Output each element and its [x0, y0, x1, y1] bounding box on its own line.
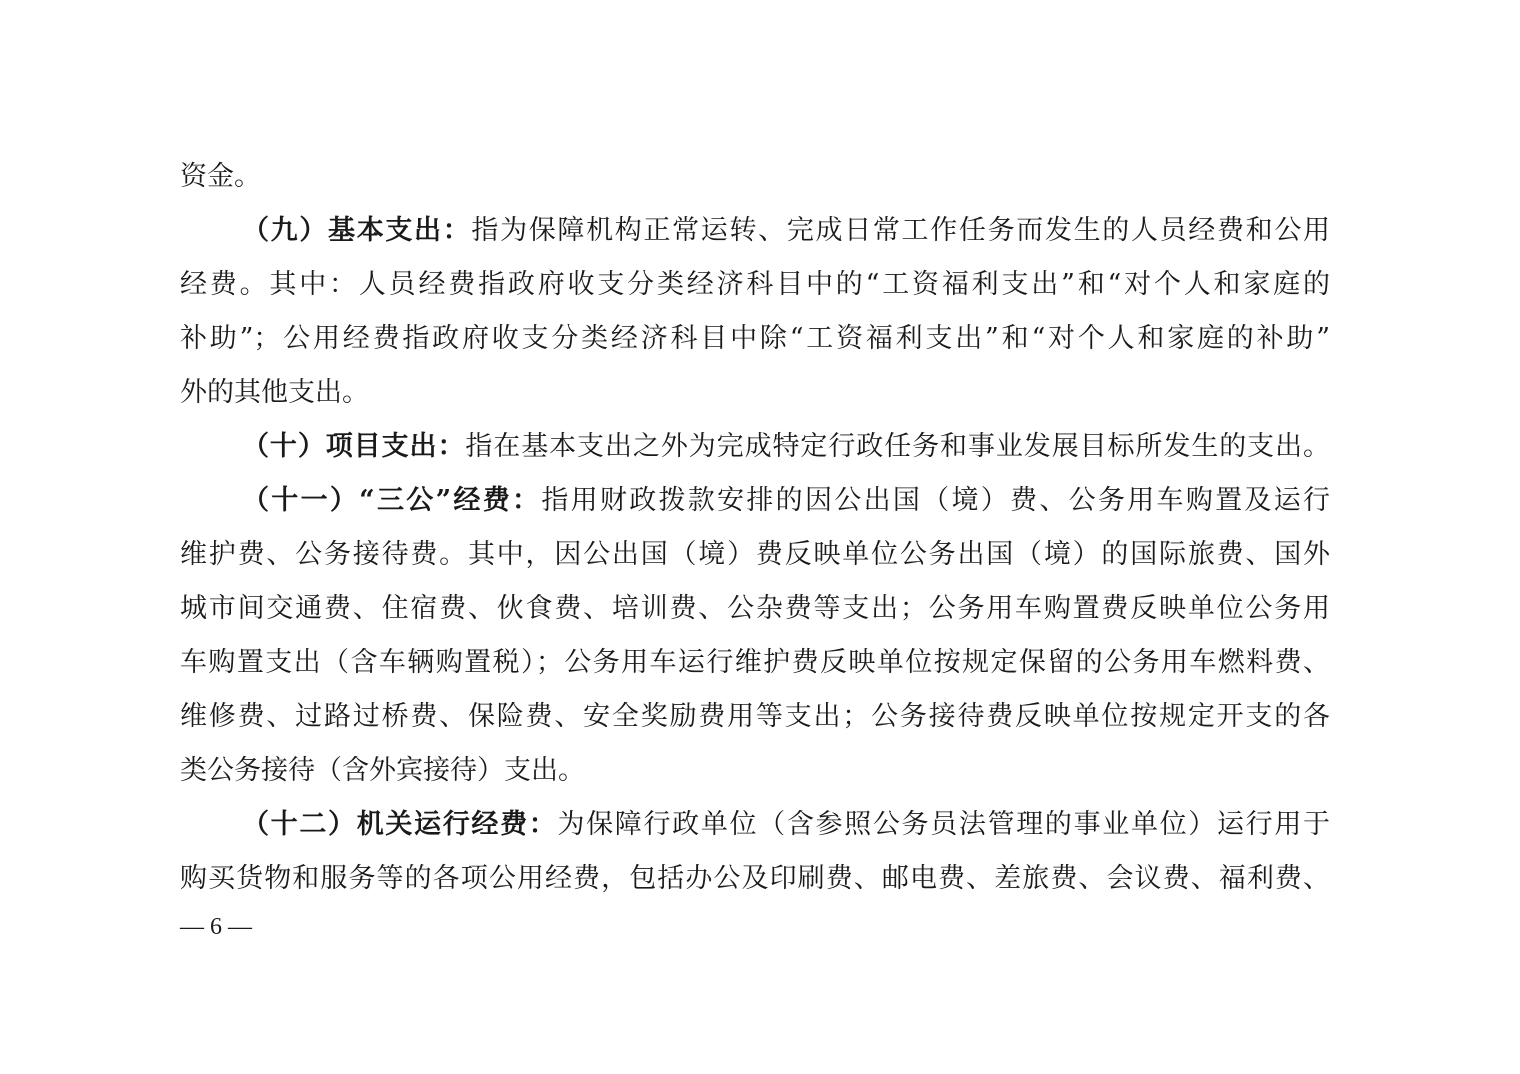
- paragraph-line: 车购置支出（含车辆购置税）；公务用车运行维护费反映单位按规定保留的公务用车燃料费…: [180, 636, 1330, 690]
- page-number: — 6 —: [180, 912, 252, 942]
- paragraph-line: 类公务接待（含外宾接待）支出。: [180, 744, 585, 798]
- section-heading: （九）基本支出：: [242, 215, 471, 246]
- paragraph-line: 购买货物和服务等的各项公用经费，包括办公及印刷费、邮电费、差旅费、会议费、福利费…: [180, 852, 1330, 906]
- line-text: 为保障行政单位（含参照公务员法管理的事业单位）运行用于: [557, 809, 1330, 840]
- section-heading: （十）项目支出：: [242, 431, 465, 462]
- line-text: 维护费、公务接待费。其中，因公出国（境）费反映单位公务出国（境）的国际旅费、国外: [180, 539, 1330, 570]
- line-text: 资金。: [180, 161, 261, 192]
- paragraph-line: 维护费、公务接待费。其中，因公出国（境）费反映单位公务出国（境）的国际旅费、国外: [180, 528, 1330, 582]
- line-text: 指用财政拨款安排的因公出国（境）费、公务用车购置及运行: [541, 485, 1330, 516]
- line-text: 类公务接待（含外宾接待）支出。: [180, 755, 585, 786]
- line-text: 经费。其中：人员经费指政府收支分类经济科目中的“工资福利支出”和“对个人和家庭的: [180, 269, 1330, 300]
- paragraph-line: 外的其他支出。: [180, 366, 369, 420]
- line-text: 维修费、过路过桥费、保险费、安全奖励费用等支出；公务接待费反映单位按规定开支的各: [180, 701, 1330, 732]
- paragraph-line: 维修费、过路过桥费、保险费、安全奖励费用等支出；公务接待费反映单位按规定开支的各: [180, 690, 1330, 744]
- line-text: 车购置支出（含车辆购置税）；公务用车运行维护费反映单位按规定保留的公务用车燃料费…: [180, 647, 1330, 678]
- paragraph-line: 城市间交通费、住宿费、伙食费、培训费、公杂费等支出；公务用车购置费反映单位公务用: [180, 582, 1330, 636]
- section-heading: （十一）“三公”经费：: [242, 485, 541, 516]
- section-heading: （十二）机关运行经费：: [242, 809, 557, 840]
- section-heading-line-three-public-expenses: （十一）“三公”经费：指用财政拨款安排的因公出国（境）费、公务用车购置及运行: [242, 474, 1330, 528]
- line-text: 购买货物和服务等的各项公用经费，包括办公及印刷费、邮电费、差旅费、会议费、福利费…: [180, 863, 1330, 894]
- section-heading-line-project-expenditure: （十）项目支出：指在基本支出之外为完成特定行政任务和事业发展目标所发生的支出。: [242, 420, 1330, 474]
- section-heading-line-basic-expenditure: （九）基本支出：指为保障机构正常运转、完成日常工作任务而发生的人员经费和公用: [242, 204, 1330, 258]
- line-text: 外的其他支出。: [180, 377, 369, 408]
- paragraph-line: 经费。其中：人员经费指政府收支分类经济科目中的“工资福利支出”和“对个人和家庭的: [180, 258, 1330, 312]
- line-text: 补助”；公用经费指政府收支分类经济科目中除“工资福利支出”和“对个人和家庭的补助…: [180, 323, 1330, 354]
- line-text: 指为保障机构正常运转、完成日常工作任务而发生的人员经费和公用: [471, 215, 1330, 246]
- paragraph-line: 补助”；公用经费指政府收支分类经济科目中除“工资福利支出”和“对个人和家庭的补助…: [180, 312, 1330, 366]
- line-text: 城市间交通费、住宿费、伙食费、培训费、公杂费等支出；公务用车购置费反映单位公务用: [180, 593, 1330, 624]
- section-heading-line-operating-expenses: （十二）机关运行经费：为保障行政单位（含参照公务员法管理的事业单位）运行用于: [242, 798, 1330, 852]
- paragraph-line: 资金。: [180, 150, 261, 204]
- line-text: 指在基本支出之外为完成特定行政任务和事业发展目标所发生的支出。: [465, 431, 1330, 462]
